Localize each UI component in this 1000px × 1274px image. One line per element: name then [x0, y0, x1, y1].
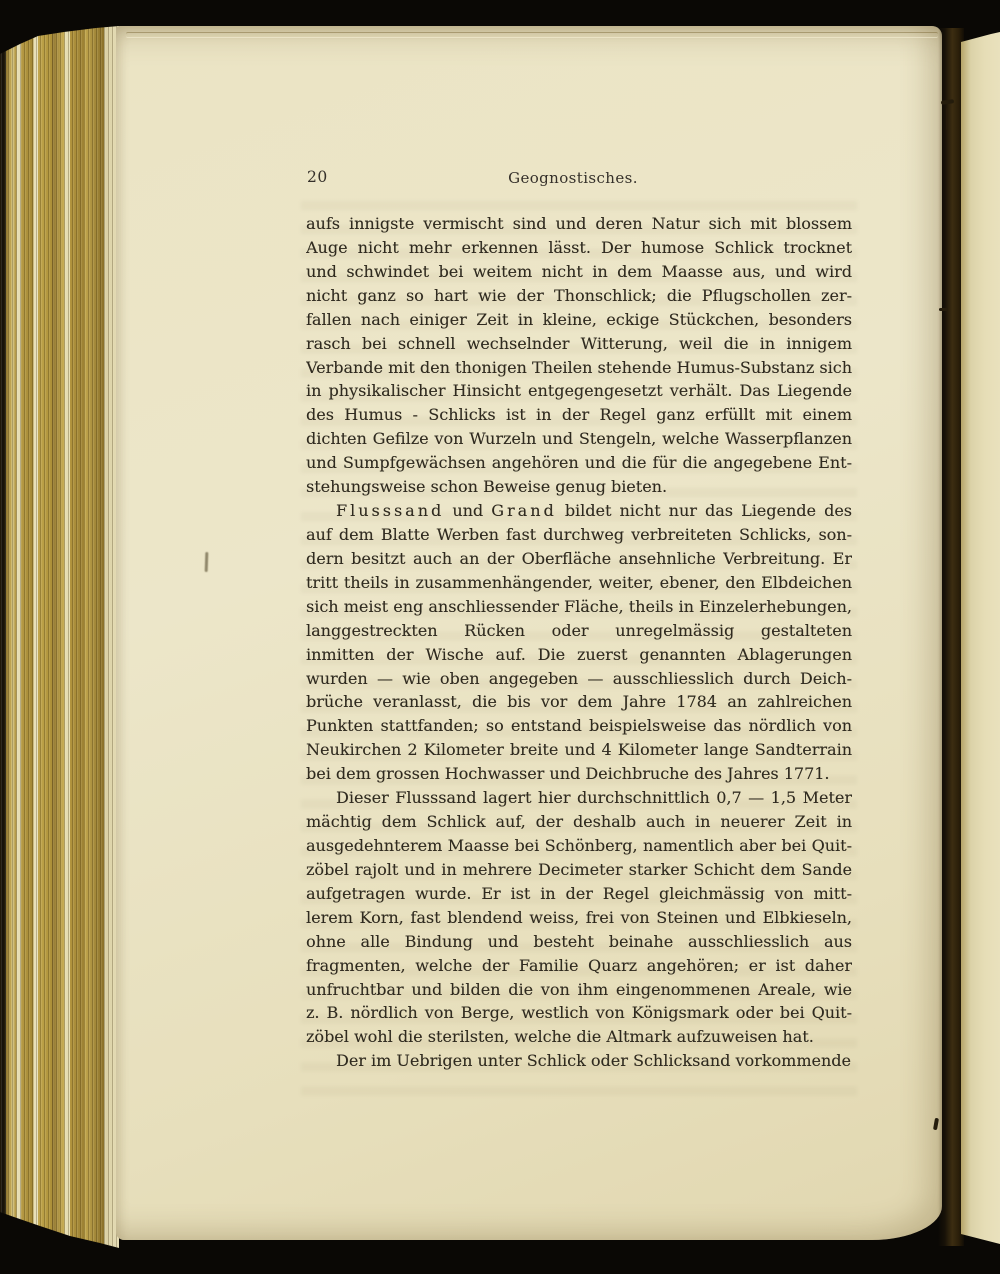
text-line: wurden — wie oben angegeben — ausschlies… [306, 667, 852, 691]
text-line: auf dem Blatte Werben fast durchweg verb… [306, 523, 852, 547]
text-line: Verbande mit den thonigen Theilen stehen… [306, 356, 852, 380]
text-line: langgestreckten Rücken oder unregelmässi… [306, 619, 852, 643]
stitch-thread [939, 308, 948, 311]
text-line: bei dem grossen Hochwasser und Deichbruc… [306, 762, 852, 786]
text-line: ohne alle Bindung und besteht beinahe au… [306, 930, 852, 954]
book-gutter [938, 28, 964, 1246]
text-line: brüche veranlasst, die bis vor dem Jahre… [306, 690, 852, 714]
text-line: fragmenten, welche der Familie Quarz ang… [306, 954, 852, 978]
text-line: sich meist eng anschliessender Fläche, t… [306, 595, 852, 619]
text-line: stehungsweise schon Beweise genug bieten… [306, 475, 852, 499]
text-line: des Humus - Schlicks ist in der Regel ga… [306, 403, 852, 427]
text-line: mächtig dem Schlick auf, der deshalb auc… [306, 810, 852, 834]
text-line: Der im Uebrigen unter Schlick oder Schli… [306, 1049, 852, 1073]
text-line: fallen nach einiger Zeit in kleine, ecki… [306, 308, 852, 332]
text-line: lerem Korn, fast blendend weiss, frei vo… [306, 906, 852, 930]
text-line: aufs innigste vermischt sind und deren N… [306, 212, 852, 236]
paragraph-3: Dieser Flusssand lagert hier durchschnit… [306, 786, 852, 1049]
paragraph-2: Flusssand und Grand bildet nicht nur das… [306, 499, 852, 786]
page-edges-left [0, 0, 119, 1274]
text-line: dichten Gefilze von Wurzeln und Stengeln… [306, 427, 852, 451]
text-line: ausgedehnterem Maasse bei Schönberg, nam… [306, 834, 852, 858]
text-line: in physikalischer Hinsicht entgegengeset… [306, 379, 852, 403]
text-line: inmitten der Wische auf. Die zuerst gena… [306, 643, 852, 667]
text-line: z. B. nördlich von Berge, westlich von K… [306, 1001, 852, 1025]
page-top-edge [126, 32, 938, 38]
paragraph-1: aufs innigste vermischt sind und deren N… [306, 212, 852, 499]
paragraph-4: Der im Uebrigen unter Schlick oder Schli… [306, 1049, 852, 1073]
text-line: unfruchtbar und bilden die von ihm einge… [306, 978, 852, 1002]
text-line: und Sumpfgewächsen angehören und die für… [306, 451, 852, 475]
text-line: Dieser Flusssand lagert hier durchschnit… [306, 786, 852, 810]
text-line: rasch bei schnell wechselnder Witterung,… [306, 332, 852, 356]
text-line: tritt theils in zusammenhängender, weite… [306, 571, 852, 595]
lead-conjunction: und [444, 501, 491, 520]
spaced-term-grand: Grand [491, 501, 557, 520]
text-line: und schwindet bei weitem nicht in dem Ma… [306, 260, 852, 284]
stitch-thread [946, 108, 948, 130]
scanned-book-photo: 20 Geognostisches. aufs innigste vermisc… [0, 0, 1000, 1274]
spaced-term-flusssand: Flusssand [336, 501, 444, 520]
book-page: 20 Geognostisches. aufs innigste vermisc… [116, 26, 942, 1240]
running-header: Geognostisches. [306, 169, 840, 187]
page-header: 20 Geognostisches. [306, 168, 852, 190]
next-page-edge [961, 32, 1000, 1244]
page-blemish [205, 552, 208, 572]
text-line: zöbel wohl die sterilsten, welche die Al… [306, 1025, 852, 1049]
body-text: aufs innigste vermischt sind und deren N… [306, 212, 852, 1073]
lead-rest: bildet nicht nur das Liegende des [557, 501, 852, 520]
text-line: nicht ganz so hart wie der Thonschlick; … [306, 284, 852, 308]
paragraph-2-continuation: auf dem Blatte Werben fast durchweg verb… [306, 523, 852, 786]
paragraph-2-lead-line: Flusssand und Grand bildet nicht nur das… [306, 499, 852, 523]
text-line: Punkten stattfanden; so entstand beispie… [306, 714, 852, 738]
text-line: Neukirchen 2 Kilometer breite und 4 Kilo… [306, 738, 852, 762]
text-line: dern besitzt auch an der Oberfläche anse… [306, 547, 852, 571]
text-line: aufgetragen wurde. Er ist in der Regel g… [306, 882, 852, 906]
text-line: Auge nicht mehr erkennen lässt. Der humo… [306, 236, 852, 260]
text-line: zöbel rajolt und in mehrere Decimeter st… [306, 858, 852, 882]
